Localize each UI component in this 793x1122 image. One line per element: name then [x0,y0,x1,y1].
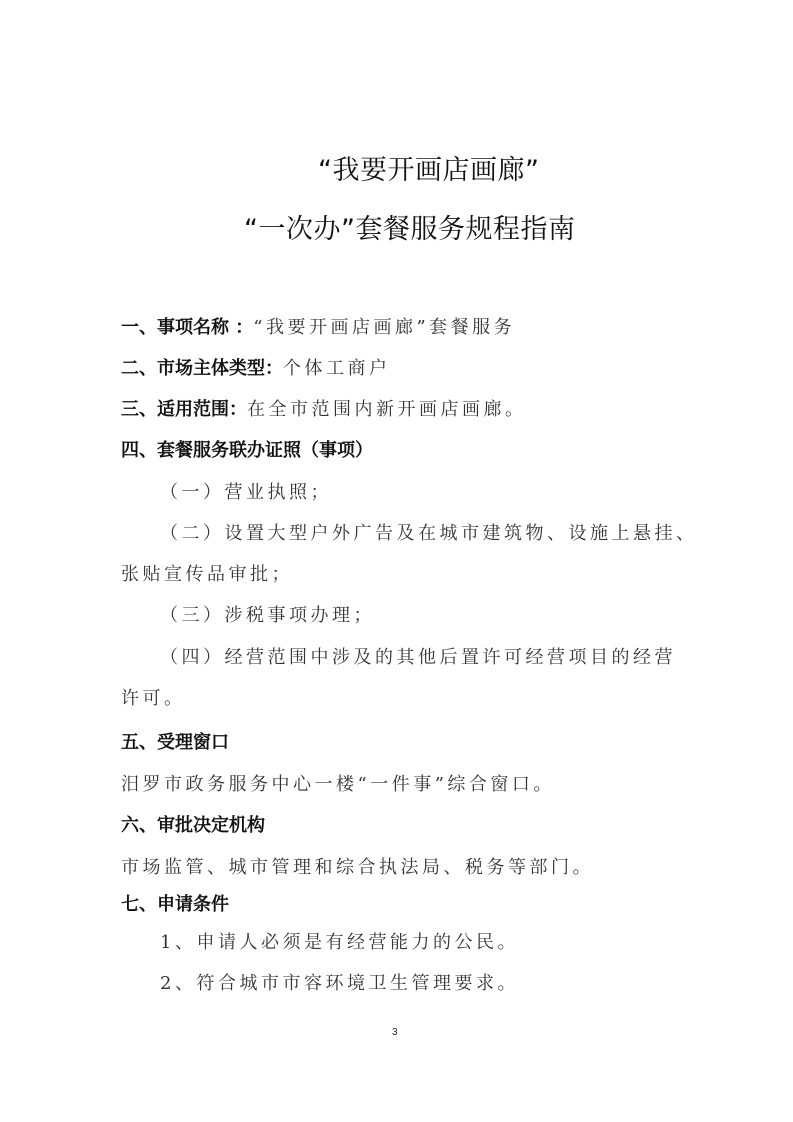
license-item: （一）营业执照； [160,481,332,505]
section-heading-authority: 六、审批决定机构 [121,814,265,838]
section-text-authority: 市场监管、城市管理和综合执法局、税务等部门。 [121,856,594,880]
section-scope: 三、适用范围：在全市范围内新开画店画廊。 [121,398,527,422]
license-item: （三）涉税事项办理； [160,604,375,628]
section-text: “我要开画店画廊”套餐服务 [253,317,515,338]
page-number: 3 [392,1027,398,1038]
section-heading: 一、事项名称 ： [121,317,253,338]
condition-item: 2、符合城市市容环境卫生管理要求。 [160,972,519,996]
section-heading: 三、适用范围： [121,399,247,420]
license-item-continuation: 许可。 [121,687,186,711]
section-heading: 二、市场主体类型： [121,358,283,379]
condition-item: 1、申请人必须是有经营能力的公民。 [160,931,519,955]
section-heading-window: 五、受理窗口 [121,731,229,755]
section-text: 在全市范围内新开画店画廊。 [247,399,527,420]
license-item-continuation: 张贴宣传品审批； [121,563,293,587]
section-item-name: 一、事项名称 ：“我要开画店画廊”套餐服务 [121,316,515,340]
section-heading-conditions: 七、申请条件 [121,893,229,917]
license-item: （四）经营范围中涉及的其他后置许可经营项目的经营 [160,646,676,670]
document-title-line-1: “我要开画店画廊” [318,154,539,188]
section-heading-licenses: 四、套餐服务联办证照（事项） [121,439,373,463]
document-title-line-2: “一次办”套餐服务规程指南 [244,213,575,247]
section-text: 个体工商户 [283,358,391,379]
section-entity-type: 二、市场主体类型：个体工商户 [121,357,391,381]
license-item: （二）设置大型户外广告及在城市建筑物、设施上悬挂、 [160,522,698,546]
section-text-window: 汨罗市政务服务中心一楼“一件事”综合窗口。 [121,773,555,797]
